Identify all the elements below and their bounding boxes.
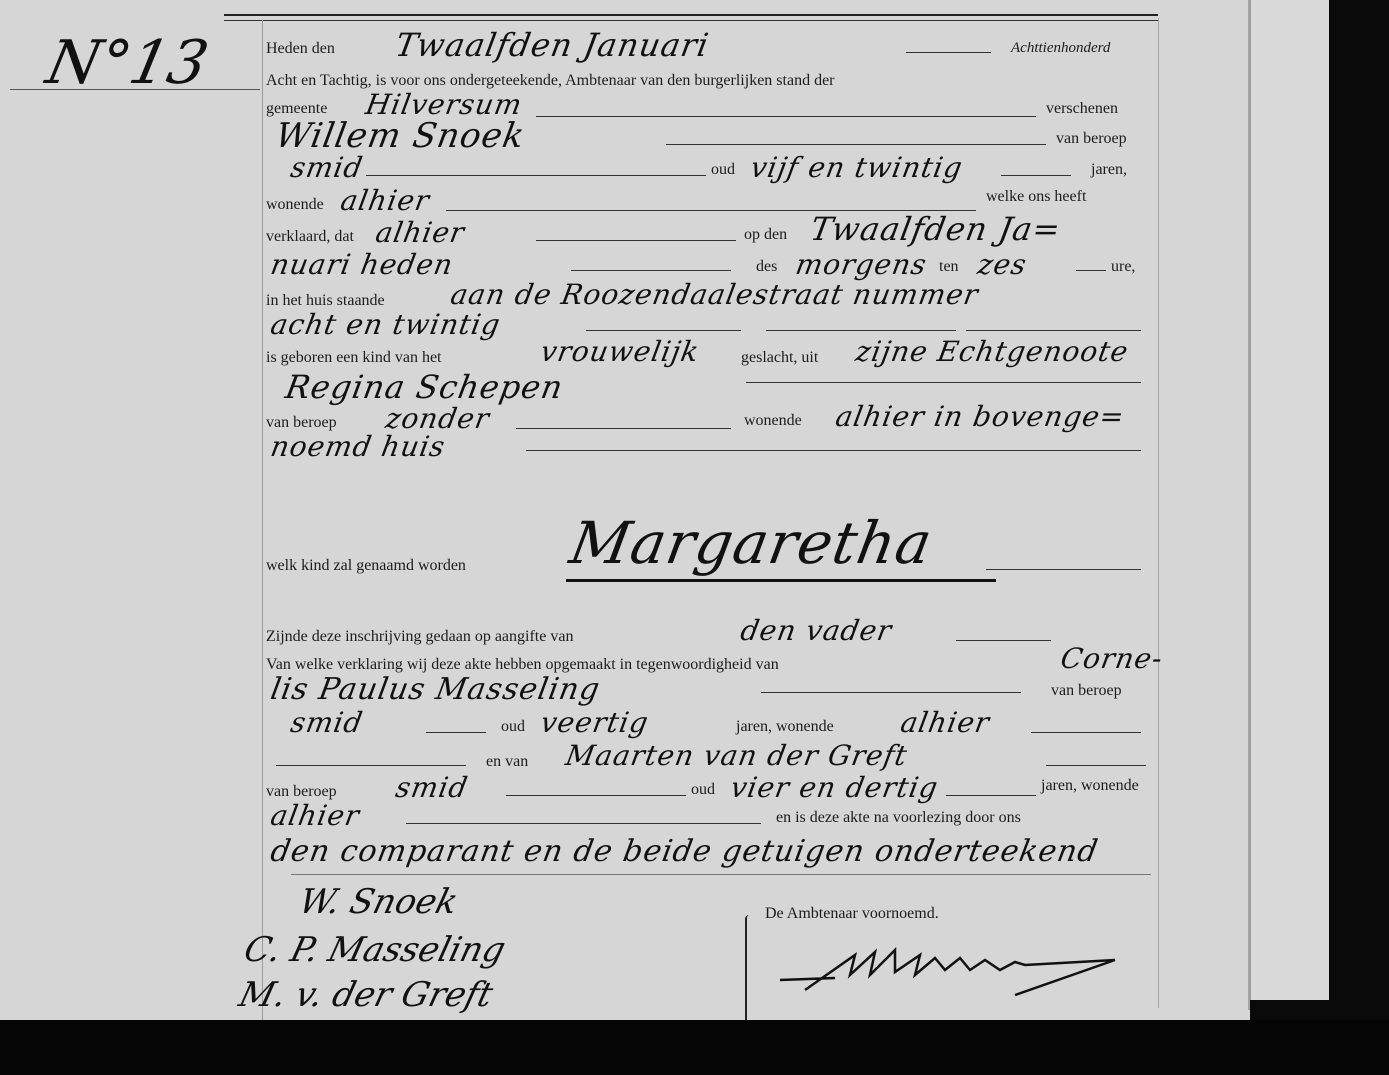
handwritten-age: vijf en twintig (748, 151, 965, 184)
handwritten: morgens (793, 248, 930, 281)
handwritten: zijne Echtgenoote (853, 335, 1131, 368)
signature-witness-1: C. P. Masseling (240, 930, 510, 970)
printed: Achttienhonderd (1011, 40, 1110, 57)
line-5: smid oud vijf en twintig jaren, (266, 155, 1150, 185)
fill-line (406, 823, 761, 824)
fill-line (506, 795, 686, 796)
handwritten: Corne- (1058, 642, 1166, 675)
handwritten: alhier (268, 799, 362, 832)
handwritten: nuari heden (268, 248, 456, 281)
handwritten: smid (288, 706, 366, 739)
handwritten-address: aan de Roozendaalestraat nummer (448, 278, 981, 311)
brace (745, 915, 753, 1023)
printed: Heden den (266, 40, 335, 58)
handwritten: smid (393, 771, 471, 804)
fill-line (746, 382, 1141, 383)
handwritten-mother: Regina Schepen (283, 368, 567, 406)
line-19: smid oud veertig jaren, wonende alhier (266, 712, 1150, 742)
line-7: verklaard, dat alhier op den Twaalfden J… (266, 220, 1150, 250)
printed: van beroep (1056, 130, 1127, 148)
line-23: den comparant en de beide getuigen onder… (266, 842, 1150, 872)
handwritten: noemd huis (268, 430, 448, 463)
printed: Zijnde deze inschrijving gedaan op aangi… (266, 628, 573, 646)
printed: jaren, wonende (736, 718, 834, 736)
scan-background (0, 1020, 1389, 1075)
official-label: De Ambtenaar voornoemd. (765, 905, 939, 923)
printed: van beroep (1051, 682, 1122, 700)
printed: oud (711, 161, 735, 179)
fill-line (586, 330, 741, 331)
printed: welke ons heeft (986, 188, 1086, 206)
fill-line (571, 270, 731, 271)
handwritten-child-name: Margaretha (565, 509, 938, 577)
line-21: van beroep smid oud vier en dertig jaren… (266, 777, 1150, 807)
fill-line (906, 52, 991, 53)
fill-line (986, 569, 1141, 570)
handwritten: vier en dertig (728, 771, 941, 804)
line-16: Zijnde deze inschrijving gedaan op aangi… (266, 622, 1150, 652)
handwritten-sex: vrouwelijk (538, 335, 702, 368)
handwritten: alhier in bovenge= (833, 400, 1127, 433)
printed: verschenen (1046, 100, 1118, 118)
printed: Acht en Tachtig, is voor ons ondergeteek… (266, 72, 835, 90)
printed: ten (939, 258, 959, 276)
signature-declarant: W. Snoek (295, 882, 462, 922)
printed: ure, (1111, 258, 1135, 276)
fill-line (946, 795, 1036, 796)
printed: op den (744, 226, 787, 244)
fill-line (666, 144, 1046, 145)
handwritten-witness-1: lis Paulus Masseling (268, 672, 603, 707)
fill-line (516, 428, 731, 429)
signature-witness-2: M. v. der Greft (235, 975, 497, 1015)
handwritten: alhier (373, 216, 467, 249)
fill-line (766, 330, 956, 331)
printed: verklaard, dat (266, 228, 354, 246)
top-rule (224, 14, 1158, 21)
handwritten-date: Twaalfden Januari (393, 26, 712, 64)
record-number: N°13 (41, 28, 215, 98)
right-rule (1158, 18, 1159, 1008)
printed: en van (486, 753, 528, 771)
handwritten: den vader (738, 614, 895, 647)
printed: jaren, (1091, 161, 1127, 179)
margin-rule (262, 20, 263, 1020)
handwritten: den comparant en de beide getuigen onder… (268, 834, 1101, 869)
printed: wonende (266, 196, 324, 214)
printed: en is deze akte na voorlezing door ons (776, 809, 1021, 827)
printed: is geboren een kind van het (266, 349, 442, 367)
fill-line (966, 330, 1141, 331)
printed: geslacht, uit (741, 349, 818, 367)
printed: oud (501, 718, 525, 736)
printed: oud (691, 781, 715, 799)
handwritten-declarant: Willem Snoek (272, 116, 528, 156)
handwritten: alhier (898, 706, 992, 739)
fill-line (366, 175, 706, 176)
official-signature-icon (775, 940, 1125, 1010)
fill-line (536, 116, 1036, 117)
handwritten-occupation: smid (288, 151, 366, 184)
fill-line (761, 692, 1021, 693)
handwritten-witness-2: Maarten van der Greft (563, 739, 910, 772)
name-underline (566, 579, 996, 582)
fill-line (1001, 175, 1071, 176)
line-22: alhier en is deze akte na voorlezing doo… (266, 805, 1150, 835)
fill-line (426, 732, 486, 733)
fill-line (276, 765, 466, 766)
fill-line (526, 450, 1141, 451)
handwritten-hour: zes (975, 248, 1030, 281)
line-15: welk kind zal genaamd worden Margaretha (266, 535, 1150, 565)
fill-line (1076, 270, 1106, 271)
separator-line (291, 874, 1151, 875)
handwritten: veertig (538, 706, 651, 739)
adjacent-page (1250, 0, 1329, 1000)
line-1: Heden den Twaalfden Januari Achttienhond… (266, 32, 1150, 62)
fill-line (536, 240, 736, 241)
fill-line (1031, 732, 1141, 733)
line-18: lis Paulus Masseling van beroep (266, 678, 1150, 708)
printed: jaren, wonende (1041, 777, 1139, 795)
printed: wonende (744, 412, 802, 430)
fill-line (956, 640, 1051, 641)
handwritten-birth-date: Twaalfden Ja= (808, 210, 1064, 248)
handwritten: acht en twintig (268, 308, 503, 341)
printed: des (756, 258, 777, 276)
certificate-page: N°13 Heden den Twaalfden Januari Achttie… (0, 0, 1250, 1020)
line-4: Willem Snoek van beroep (266, 122, 1150, 152)
line-14: noemd huis (266, 436, 1150, 466)
handwritten: alhier (338, 184, 432, 217)
fill-line (1046, 765, 1146, 766)
printed: welk kind zal genaamd worden (266, 557, 466, 575)
